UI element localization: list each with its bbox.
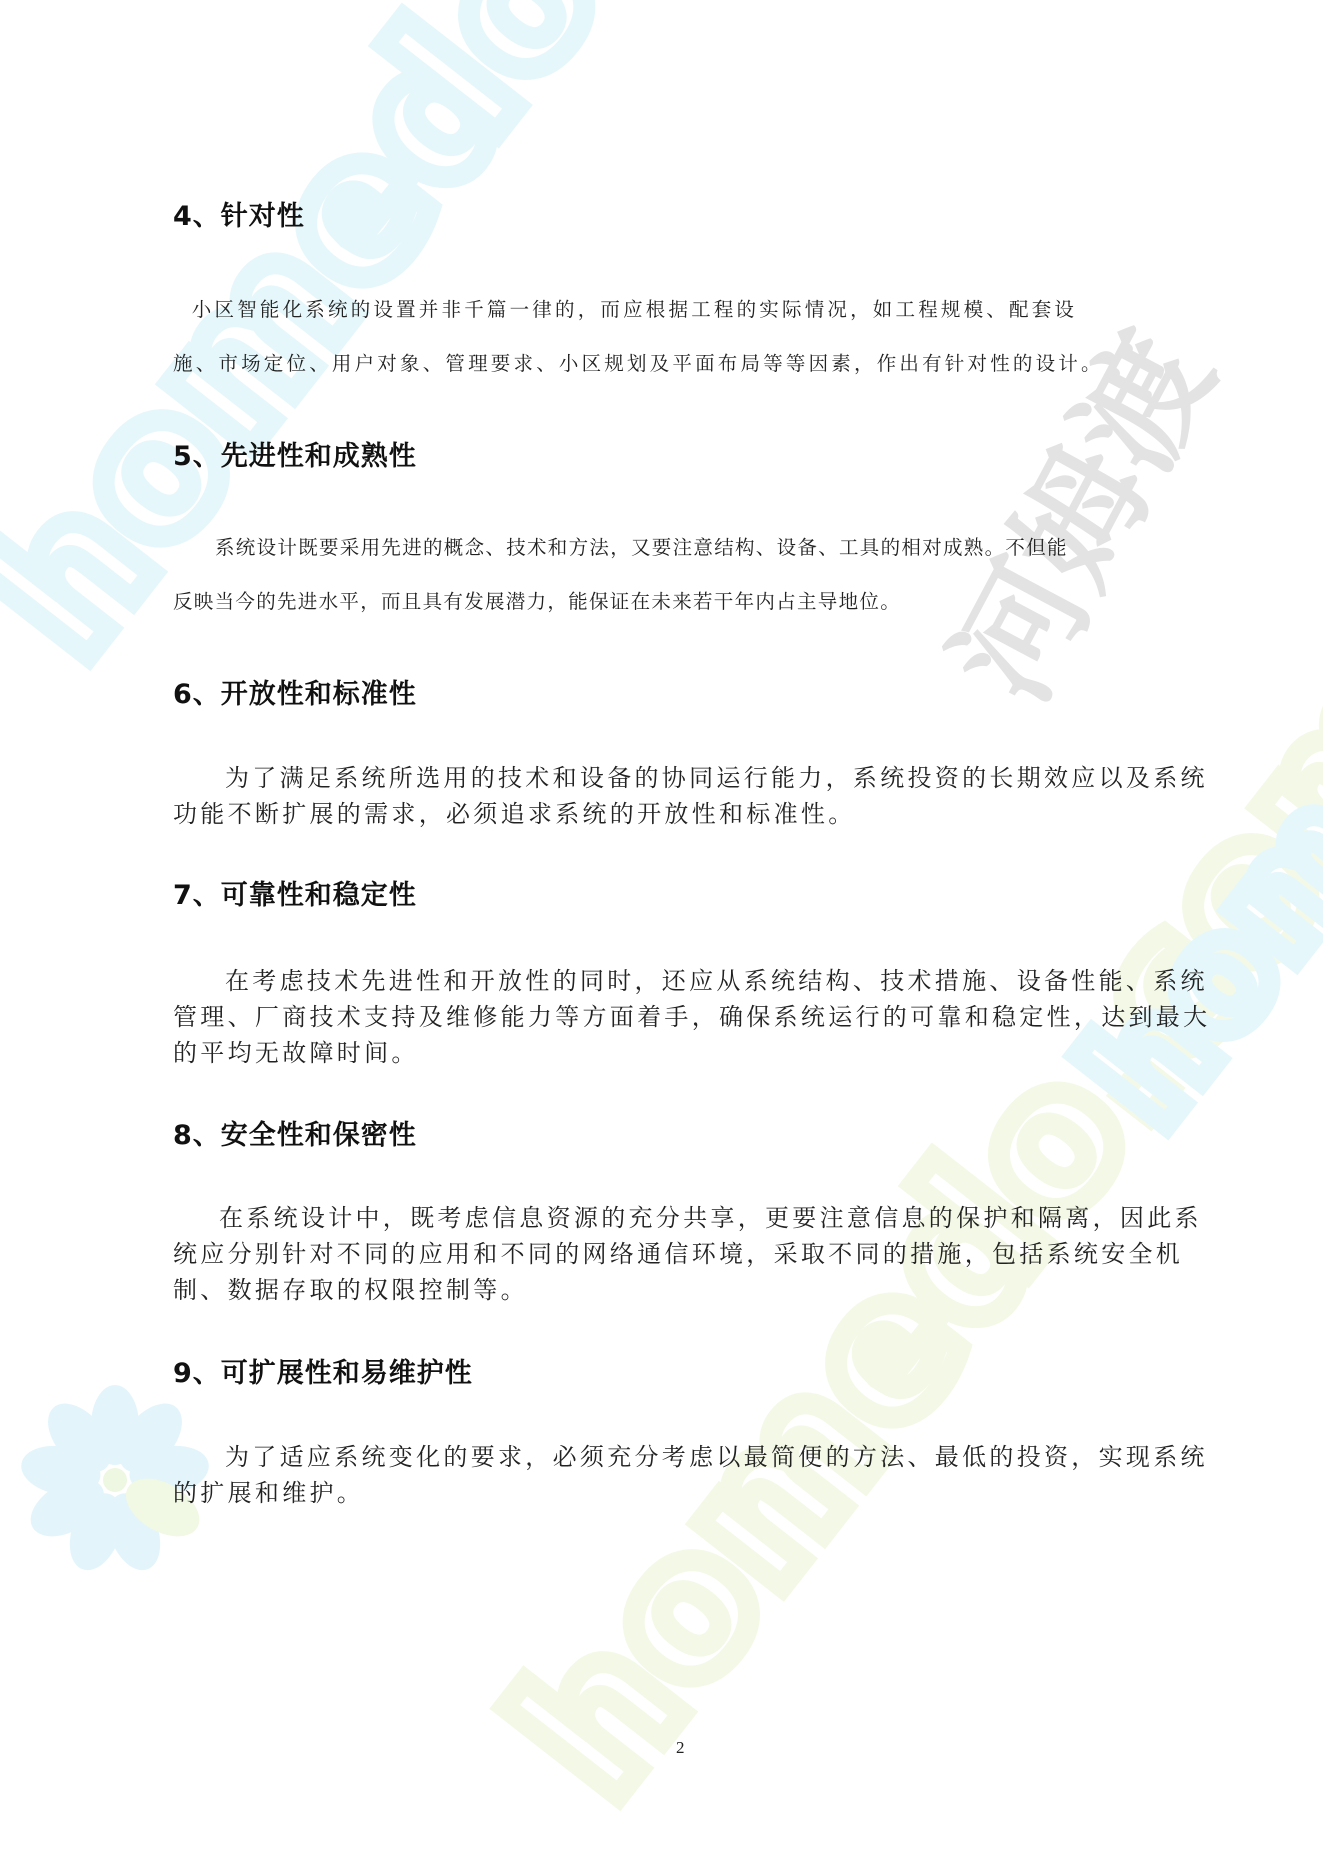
section-heading-6: 6、开放性和标准性 bbox=[173, 678, 417, 712]
text-line: 的平均无故障时间。 bbox=[173, 1035, 1187, 1071]
section-body-7: 在考虑技术先进性和开放性的同时，还应从系统结构、技术措施、设备性能、系统 管理、… bbox=[173, 963, 1187, 1071]
text-line: 为了适应系统变化的要求，必须充分考虑以最简便的方法、最低的投资，实现系统 bbox=[173, 1439, 1187, 1475]
section-body-6: 为了满足系统所选用的技术和设备的协同运行能力，系统投资的长期效应以及系统 功能不… bbox=[173, 760, 1187, 832]
section-body-4: 小区智能化系统的设置并非千篇一律的，而应根据工程的实际情况，如工程规模、配套设 … bbox=[173, 283, 1187, 391]
text-line: 小区智能化系统的设置并非千篇一律的，而应根据工程的实际情况，如工程规模、配套设 bbox=[173, 283, 1187, 337]
section-heading-4: 4、针对性 bbox=[173, 200, 305, 234]
section-body-9: 为了适应系统变化的要求，必须充分考虑以最简便的方法、最低的投资，实现系统 的扩展… bbox=[173, 1439, 1187, 1511]
text-line: 在系统设计中，既考虑信息资源的充分共享，更要注意信息的保护和隔离，因此系 bbox=[173, 1200, 1187, 1236]
text-line: 统应分别针对不同的应用和不同的网络通信环境，采取不同的措施，包括系统安全机 bbox=[173, 1236, 1187, 1272]
section-body-8: 在系统设计中，既考虑信息资源的充分共享，更要注意信息的保护和隔离，因此系 统应分… bbox=[173, 1200, 1187, 1308]
text-line: 施、市场定位、用户对象、管理要求、小区规划及平面布局等等因素，作出有针对性的设计… bbox=[173, 337, 1187, 391]
text-line: 制、数据存取的权限控制等。 bbox=[173, 1272, 1187, 1308]
text-line: 反映当今的先进水平，而且具有发展潜力，能保证在未来若干年内占主导地位。 bbox=[173, 575, 1187, 629]
text-line: 为了满足系统所选用的技术和设备的协同运行能力，系统投资的长期效应以及系统 bbox=[173, 760, 1187, 796]
section-heading-8: 8、安全性和保密性 bbox=[173, 1119, 417, 1153]
text-line: 的扩展和维护。 bbox=[173, 1475, 1187, 1511]
section-body-5: 系统设计既要采用先进的概念、技术和方法，又要注意结构、设备、工具的相对成熟。不但… bbox=[173, 521, 1187, 629]
section-heading-9: 9、可扩展性和易维护性 bbox=[173, 1357, 473, 1391]
section-heading-7: 7、可靠性和稳定性 bbox=[173, 879, 417, 913]
page-number: 2 bbox=[676, 1738, 685, 1758]
document-page: 4、针对性 小区智能化系统的设置并非千篇一律的，而应根据工程的实际情况，如工程规… bbox=[0, 0, 1323, 1871]
text-line: 系统设计既要采用先进的概念、技术和方法，又要注意结构、设备、工具的相对成熟。不但… bbox=[173, 521, 1187, 575]
text-line: 管理、厂商技术支持及维修能力等方面着手，确保系统运行的可靠和稳定性，达到最大 bbox=[173, 999, 1187, 1035]
text-line: 在考虑技术先进性和开放性的同时，还应从系统结构、技术措施、设备性能、系统 bbox=[173, 963, 1187, 999]
text-line: 功能不断扩展的需求，必须追求系统的开放性和标准性。 bbox=[173, 796, 1187, 832]
section-heading-5: 5、先进性和成熟性 bbox=[173, 440, 417, 474]
